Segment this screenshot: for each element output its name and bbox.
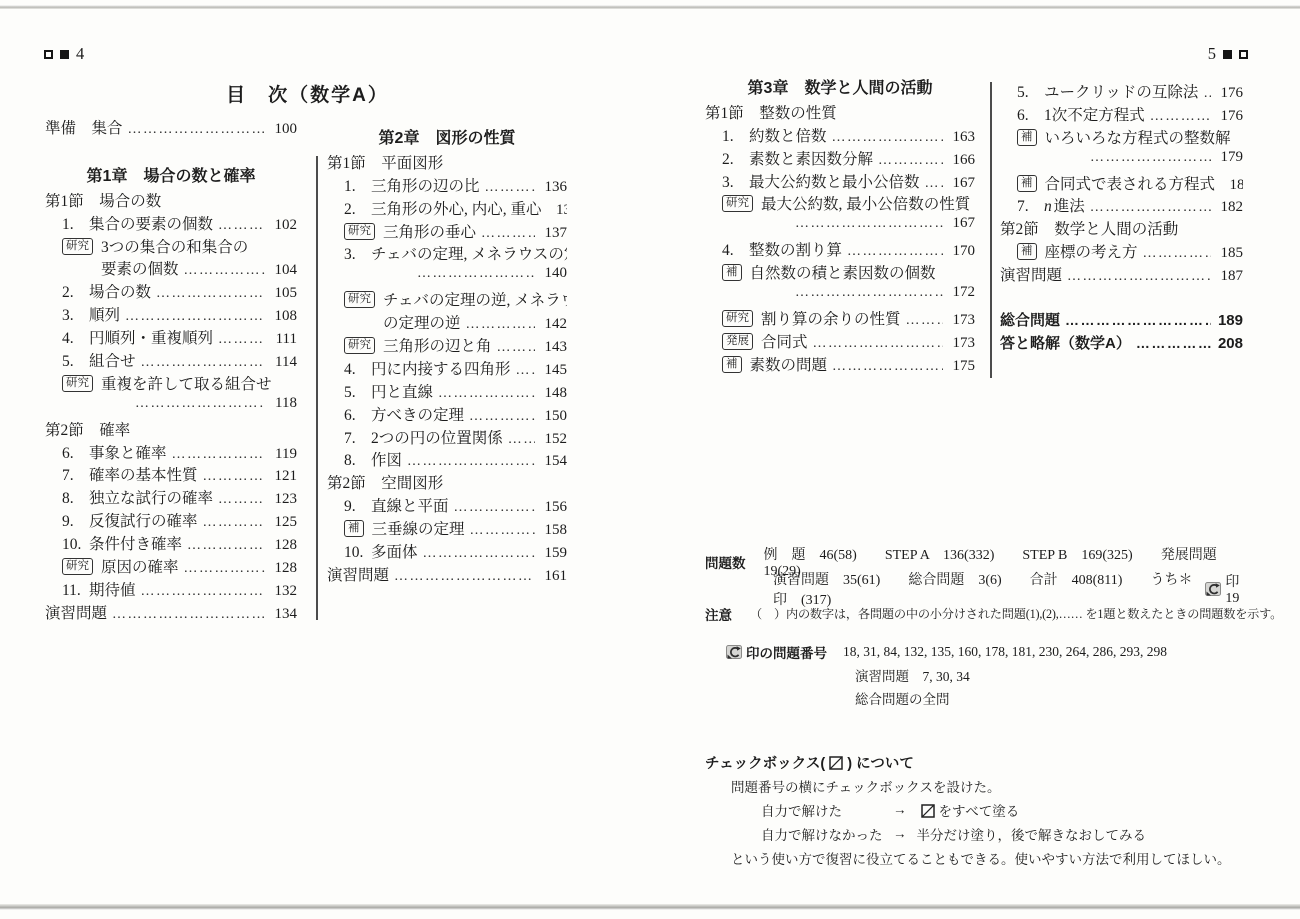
toc-item-badged: 研究重複を許して取る組合せ <box>45 372 297 395</box>
item-number: 6. <box>344 407 371 425</box>
dot-leader: ………………………………………………………………………………………………………… <box>184 263 265 279</box>
filled-square-icon <box>1223 50 1232 59</box>
badge-label: 研究 <box>344 337 375 354</box>
page-number: 158 <box>540 522 567 539</box>
dot-leader: ………………………………………………………………………………………………………… <box>481 226 535 242</box>
page-number: 172 <box>948 284 975 301</box>
toc-column-4: 5.ユークリッドの互除法…………………………………………………………………………… <box>1000 80 1243 355</box>
entry-label: 素数の問題 <box>750 353 828 375</box>
icon-problem-numbers-block: 印の問題番号 18, 31, 84, 132, 135, 160, 178, 1… <box>722 640 1267 709</box>
badge-label: 補 <box>1017 243 1037 260</box>
page-number: 136 <box>540 179 567 196</box>
toc-item: 1.集合の要素の個数………………………………………………………………………………… <box>45 212 297 235</box>
entry-label: 条件付き確率 <box>89 532 182 554</box>
entry-label: 三角形の垂心 <box>383 220 476 242</box>
entry-label: 直線と平面 <box>371 494 449 516</box>
toc-item: 10.条件付き確率…………………………………………………………………………………… <box>45 532 297 555</box>
icon-problems-line2: 演習問題 7, 30, 34 <box>855 665 970 685</box>
toc-entry: 準備 集合……………………………………………………………………………………………… <box>45 116 297 139</box>
toc-item-badged: 研究チェバの定理の逆, メネラウス <box>327 288 567 311</box>
entry-label: 答と略解（数学A） <box>1000 332 1131 353</box>
item-number: 4. <box>344 361 371 379</box>
toc-item: 4.円に内接する四角形……………………………………………………………………………… <box>327 357 567 380</box>
checkbox-title-after: ) について <box>847 752 914 773</box>
entry-label: 約数と倍数 <box>749 124 827 146</box>
entry-label: 多面体 <box>371 540 418 562</box>
item-number: 9. <box>344 498 371 516</box>
entry-label: 割り算の余りの性質 <box>761 307 901 329</box>
toc-item: 8.独立な試行の確率………………………………………………………………………………… <box>45 486 297 509</box>
item-number: 3. <box>62 307 89 325</box>
toc-item: 5.ユークリッドの互除法…………………………………………………………………………… <box>1000 80 1243 103</box>
page-number: 166 <box>948 152 975 169</box>
toc-item-badged: 研究三角形の垂心……………………………………………………………………………………… <box>327 220 567 243</box>
badge-label: 研究 <box>62 558 93 575</box>
toc-item-badged: 研究3つの集合の和集合の <box>45 235 297 258</box>
page-top-edge <box>0 5 1300 9</box>
dot-leader: ………………………………………………………………………………………………………… <box>925 176 943 192</box>
entry-label: 三角形の外心, 内心, 重心 <box>371 197 542 219</box>
toc-item: 7.n進法……………………………………………………………………………………………… <box>1000 194 1243 217</box>
note-text: （ ）内の数字は，各問題の中の小分けされた問題(1),(2),…… を1題と数え… <box>750 605 1282 622</box>
item-number: 10. <box>344 544 371 562</box>
dot-leader: ………………………………………………………………………………………………………… <box>1203 86 1211 102</box>
dot-leader: ………………………………………………………………………………………………………… <box>508 432 535 448</box>
toc-item: 3.順列………………………………………………………………………………………………… <box>45 303 297 326</box>
page-number: 159 <box>540 545 567 562</box>
toc-item: 3.チェバの定理, メネラウスの定理 <box>327 242 567 265</box>
entry-label: チェバの定理の逆, メネラウス <box>383 288 567 310</box>
toc-entry: 演習問題………………………………………………………………………………………………… <box>1000 263 1243 286</box>
toc-item-badged: 研究割り算の余りの性質……………………………………………………………………………… <box>705 307 975 330</box>
section-heading: 第2節 数学と人間の活動 <box>1000 217 1243 240</box>
section-heading: 第2節 確率 <box>45 418 297 441</box>
stats-row-2: 演習問題 35(61) 総合問題 3(6) 合計 408(811) うち＊印 (… <box>705 575 1263 602</box>
page-number: 156 <box>540 499 567 516</box>
toc-entry: 演習問題………………………………………………………………………………………………… <box>327 563 567 586</box>
stats-line2: 演習問題 35(61) 総合問題 3(6) 合計 408(811) うち＊印 (… <box>773 569 1201 609</box>
badge-label: 発展 <box>722 333 753 350</box>
outline-square-icon <box>1239 50 1248 59</box>
stats-note-row: 注意 （ ）内の数字は，各問題の中の小分けされた問題(1),(2),…… を1題… <box>705 602 1263 625</box>
entry-label: 組合せ <box>89 349 136 371</box>
toc-continuation: 要素の個数……………………………………………………………………………………………… <box>45 257 297 280</box>
page-number: 143 <box>540 339 567 356</box>
dot-leader: ………………………………………………………………………………………………………… <box>128 122 265 138</box>
digital-content-icon <box>1205 582 1221 597</box>
dot-leader: ………………………………………………………………………………………………………… <box>407 454 535 470</box>
item-number: 7. <box>1017 198 1044 216</box>
entry-label: 作図 <box>371 448 402 470</box>
entry-label: 進法 <box>1054 194 1085 216</box>
right-page-marker: 5 <box>1208 46 1248 63</box>
icon-problems-row-2: 演習問題 7, 30, 34 <box>722 663 1267 686</box>
column-divider-left-page <box>316 156 318 620</box>
item-number: 3. <box>344 246 371 264</box>
dot-leader: ………………………………………………………………………………………………………… <box>469 409 535 425</box>
entry-label: 演習問題 <box>327 563 389 585</box>
badge-label: 研究 <box>62 375 93 392</box>
item-number: 8. <box>344 452 371 470</box>
checkbox-line1: 問題番号の横にチェックボックスを設けた。 <box>705 774 1270 798</box>
dot-leader: ………………………………………………………………………………………………………… <box>184 561 265 577</box>
icon-problems-row-1: 印の問題番号 18, 31, 84, 132, 135, 160, 178, 1… <box>722 640 1267 663</box>
page-number: 111 <box>270 331 297 348</box>
dot-leader: ………………………………………………………………………………………………………… <box>1067 269 1211 285</box>
entry-label: いろいろな方程式の整数解 <box>1045 126 1231 148</box>
entry-label: 円順列・重複順列 <box>89 326 213 348</box>
entry-label: 自然数の積と素因数の個数 <box>750 261 936 283</box>
toc-title: 目 次（数学A） <box>45 80 570 107</box>
dot-leader: ………………………………………………………………………………………………………… <box>417 266 535 282</box>
dot-leader: ………………………………………………………………………………………………………… <box>832 130 943 146</box>
chapter-heading: 第3章 数学と人間の活動 <box>705 78 975 101</box>
dot-leader: ………………………………………………………………………………………………………… <box>423 546 535 562</box>
entry-label: 方べきの定理 <box>371 403 464 425</box>
dot-leader: ………………………………………………………………………………………………………… <box>156 286 265 302</box>
toc-entry-bold: 総合問題………………………………………………………………………………………………… <box>1000 309 1243 332</box>
dot-leader: ………………………………………………………………………………………………………… <box>466 317 535 333</box>
checkbox-line3-left: 自力で解けなかった <box>761 824 893 844</box>
page-number: 132 <box>270 583 297 600</box>
page-number: 187 <box>1216 268 1243 285</box>
toc-continuation: の定理の逆……………………………………………………………………………………………… <box>327 311 567 334</box>
checkbox-line3-after: 半分だけ塗り，後で解きなおしてみる <box>917 824 1147 844</box>
page-number: 185 <box>1216 245 1243 262</box>
entry-label: チェバの定理, メネラウスの定理 <box>371 242 567 264</box>
entry-label: 2つの円の位置関係 <box>371 426 503 448</box>
page-number: 119 <box>270 446 297 463</box>
entry-label: 要素の個数 <box>101 257 179 279</box>
toc-column-1: 準備 集合……………………………………………………………………………………………… <box>45 116 297 624</box>
page-number: 102 <box>270 217 297 234</box>
icon-problems-numbers: 18, 31, 84, 132, 135, 160, 178, 181, 230… <box>843 644 1167 660</box>
page-number: 167 <box>948 175 975 192</box>
page-number: 182 <box>1216 199 1243 216</box>
toc-item: 9.直線と平面………………………………………………………………………………………… <box>327 494 567 517</box>
page-number: 161 <box>540 568 567 585</box>
page-number: 189 <box>1216 312 1243 329</box>
toc-item: 5.円と直線…………………………………………………………………………………………… <box>327 380 567 403</box>
page-number: 123 <box>270 491 297 508</box>
entry-label: 順列 <box>89 303 120 325</box>
toc-item: 4.整数の割り算……………………………………………………………………………………… <box>705 238 975 261</box>
dot-leader: ………………………………………………………………………………………………………… <box>1143 246 1211 262</box>
section-heading: 第2節 空間図形 <box>327 471 567 494</box>
italic-variable: n <box>1044 198 1052 216</box>
dot-leader: ………………………………………………………………………………………………………… <box>847 244 943 260</box>
dot-leader: ………………………………………………………………………………………………………… <box>470 523 535 539</box>
page-number: 142 <box>540 316 567 333</box>
entry-label: 最大公約数, 最小公倍数の性質 <box>761 192 970 214</box>
toc-item: 5.組合せ……………………………………………………………………………………………… <box>45 349 297 372</box>
toc-item: 8.作図………………………………………………………………………………………………… <box>327 448 567 471</box>
entry-label: 3つの集合の和集合の <box>101 235 248 257</box>
right-page-number: 5 <box>1208 46 1216 63</box>
entry-label: 原因の確率 <box>101 555 179 577</box>
badge-label: 研究 <box>344 223 375 240</box>
dot-leader: ………………………………………………………………………………………………………… <box>135 396 265 412</box>
dot-leader: ………………………………………………………………………………………………………… <box>1150 109 1211 125</box>
page-number: 163 <box>948 129 975 146</box>
toc-item-badged: 研究原因の確率………………………………………………………………………………………… <box>45 555 297 578</box>
checkbox-line2-left: 自力で解けた <box>761 800 893 820</box>
half-check-checkbox-icon <box>921 804 935 818</box>
entry-label: 素数と素因数分解 <box>749 147 873 169</box>
icon-problems-row-3: 総合問題の全問 <box>722 686 1267 709</box>
page-number: 128 <box>270 537 297 554</box>
toc-item: 1.約数と倍数………………………………………………………………………………………… <box>705 124 975 147</box>
toc-item: 6.方べきの定理……………………………………………………………………………………… <box>327 403 567 426</box>
dot-leader: ………………………………………………………………………………………………………… <box>172 447 265 463</box>
checkbox-line4: という使い方で復習に役立てることもできる。使いやすい方法で利用してほしい。 <box>705 846 1270 870</box>
entry-label: 整数の割り算 <box>749 238 842 260</box>
page-bottom-edge <box>0 904 1300 910</box>
entry-label: 準備 集合 <box>45 116 123 138</box>
dot-leader: ………………………………………………………………………………………………………… <box>218 492 265 508</box>
page-number: 125 <box>270 514 297 531</box>
page-number: 173 <box>948 335 975 352</box>
checkbox-line3: 自力で解けなかった → 半分だけ塗り，後で解きなおしてみる <box>705 822 1270 846</box>
dot-leader: ………………………………………………………………………………………………………… <box>438 386 535 402</box>
toc-entry-bold: 答と略解（数学A）…………………………………………………………………………………… <box>1000 332 1243 355</box>
page-number: 176 <box>1216 85 1243 102</box>
toc-item: 2.素数と素因数分解………………………………………………………………………………… <box>705 147 975 170</box>
section-heading: 第1節 整数の性質 <box>705 101 975 124</box>
page-number: 175 <box>948 358 975 375</box>
toc-item: 6.1次不定方程式…………………………………………………………………………………… <box>1000 103 1243 126</box>
dot-leader: ………………………………………………………………………………………………………… <box>878 153 943 169</box>
toc-item: 1.三角形の辺の比…………………………………………………………………………………… <box>327 174 567 197</box>
badge-label: 研究 <box>344 291 375 308</box>
section-heading: 第1節 平面図形 <box>327 151 567 174</box>
dot-leader: ………………………………………………………………………………………………………… <box>141 355 265 371</box>
entry-label: 期待値 <box>89 578 136 600</box>
item-number: 5. <box>344 384 371 402</box>
page-number: 181 <box>1225 177 1243 194</box>
page-number: 105 <box>270 285 297 302</box>
page-number: 145 <box>540 362 567 379</box>
item-number: 4. <box>722 242 749 260</box>
entry-label: 合同式で表される方程式 <box>1045 172 1216 194</box>
toc-item-badged: 補自然数の積と素因数の個数 <box>705 261 975 284</box>
page-number: 140 <box>540 265 567 282</box>
icon-problems-line3: 総合問題の全問 <box>855 688 950 708</box>
stats-label: 問題数 <box>705 552 746 572</box>
item-number: 2. <box>62 284 89 302</box>
item-number: 11. <box>62 582 89 600</box>
dot-leader: ………………………………………………………………………………………………………… <box>218 218 265 234</box>
dot-leader: ………………………………………………………………………………………………………… <box>1065 312 1211 328</box>
page-number: 176 <box>1216 108 1243 125</box>
page-number: 137 <box>552 202 567 219</box>
chapter-heading: 第1章 場合の数と確率 <box>45 166 297 189</box>
outline-square-icon <box>44 50 53 59</box>
item-number: 3. <box>722 174 749 192</box>
toc-item-badged: 研究最大公約数, 最小公倍数の性質 <box>705 192 975 215</box>
item-number: 1. <box>722 128 749 146</box>
item-number: 4. <box>62 330 89 348</box>
entry-label: 独立な試行の確率 <box>89 486 213 508</box>
item-number: 10. <box>62 536 89 554</box>
page-number: 104 <box>270 262 297 279</box>
entry-label: 合同式 <box>761 330 808 352</box>
dot-leader: ………………………………………………………………………………………………………… <box>485 180 535 196</box>
toc-item-badged: 研究三角形の辺と角…………………………………………………………………………………… <box>327 334 567 357</box>
dot-leader: ………………………………………………………………………………………………………… <box>906 313 943 329</box>
dot-leader: ………………………………………………………………………………………………………… <box>795 285 943 301</box>
item-number: 2. <box>344 201 371 219</box>
page-number: 170 <box>948 243 975 260</box>
entry-label: 円と直線 <box>371 380 433 402</box>
arrow-right: → <box>893 826 907 842</box>
dot-leader: ………………………………………………………………………………………………………… <box>454 500 535 516</box>
page-number: 150 <box>540 408 567 425</box>
item-number: 7. <box>344 430 371 448</box>
entry-label: 確率の基本性質 <box>89 463 198 485</box>
toc-item: 6.事象と確率………………………………………………………………………………………… <box>45 441 297 464</box>
entry-label: 1次不定方程式 <box>1044 103 1145 125</box>
checkbox-note-block: チェックボックス( ) について 問題番号の横にチェックボックスを設けた。 自力… <box>705 750 1270 870</box>
toc-column-3: 第3章 数学と人間の活動第1節 整数の性質1.約数と倍数………………………………… <box>705 78 975 376</box>
item-number: 1. <box>62 216 89 234</box>
toc-item-badged: 補素数の問題…………………………………………………………………………………………… <box>705 353 975 376</box>
badge-label: 研究 <box>722 310 753 327</box>
page-number: 152 <box>540 431 567 448</box>
toc-item-badged: 発展合同式……………………………………………………………………………………………… <box>705 330 975 353</box>
note-label: 注意 <box>705 604 732 624</box>
entry-label: 重複を許して取る組合せ <box>101 372 272 394</box>
toc-item: 9.反復試行の確率…………………………………………………………………………………… <box>45 509 297 532</box>
dot-leader: ………………………………………………………………………………………………………… <box>203 515 265 531</box>
checkbox-line2: 自力で解けた → をすべて塗る <box>705 798 1270 822</box>
arrow-right: → <box>893 802 907 818</box>
page-number: 154 <box>540 453 567 470</box>
page-number: 134 <box>270 606 297 623</box>
entry-label: 三角形の辺の比 <box>371 174 480 196</box>
toc-continuation: …………………………………………………………………………………………………………… <box>45 395 297 418</box>
column-divider-right-page <box>990 82 992 378</box>
filled-square-icon <box>60 50 69 59</box>
stats-line2-after: 印 19 <box>1225 571 1263 607</box>
page-number: 148 <box>540 385 567 402</box>
dot-leader: ………………………………………………………………………………………………………… <box>832 359 943 375</box>
page-number: 208 <box>1216 335 1243 352</box>
dot-leader: ………………………………………………………………………………………………………… <box>141 584 265 600</box>
checkbox-title-before: チェックボックス( <box>705 752 825 773</box>
toc-continuation: …………………………………………………………………………………………………………… <box>705 215 975 238</box>
entry-label: 円に内接する四角形 <box>371 357 511 379</box>
dot-leader: ………………………………………………………………………………………………………… <box>1090 150 1211 166</box>
page-number: 108 <box>270 308 297 325</box>
toc-entry: 演習問題………………………………………………………………………………………………… <box>45 601 297 624</box>
item-number: 7. <box>62 467 89 485</box>
problem-count-block: 問題数 例 題 46(58) STEP A 136(332) STEP B 16… <box>705 548 1263 625</box>
toc-item: 11.期待値…………………………………………………………………………………………… <box>45 578 297 601</box>
dot-leader: ………………………………………………………………………………………………………… <box>813 336 943 352</box>
badge-label: 補 <box>344 520 364 537</box>
dot-leader: ………………………………………………………………………………………………………… <box>394 569 535 585</box>
toc-item-badged: 補三垂線の定理………………………………………………………………………………………… <box>327 517 567 540</box>
page-number: 118 <box>270 395 297 412</box>
page-number: 173 <box>948 312 975 329</box>
toc-item: 7.2つの円の位置関係……………………………………………………………………………… <box>327 426 567 449</box>
dot-leader: ………………………………………………………………………………………………………… <box>1090 200 1211 216</box>
icon-problems-label: 印の問題番号 <box>746 642 827 662</box>
toc-continuation: …………………………………………………………………………………………………………… <box>327 265 567 288</box>
spacer <box>45 139 297 166</box>
toc-item-badged: 補いろいろな方程式の整数解 <box>1000 126 1243 149</box>
entry-label: 事象と確率 <box>89 441 167 463</box>
toc-item: 2.三角形の外心, 内心, 重心………………………………………………………………… <box>327 197 567 220</box>
entry-label: の定理の逆 <box>383 311 461 333</box>
toc-item-badged: 補座標の考え方………………………………………………………………………………………… <box>1000 240 1243 263</box>
left-page-marker: 4 <box>44 46 84 63</box>
half-check-checkbox-icon <box>829 756 843 770</box>
item-number: 9. <box>62 513 89 531</box>
book-spread: 4 5 目 次（数学A） 準備 集合…………………………………………………………… <box>0 0 1300 919</box>
dot-leader: ………………………………………………………………………………………………………… <box>218 332 265 348</box>
entry-label: 集合の要素の個数 <box>89 212 213 234</box>
page-number: 179 <box>1216 149 1243 166</box>
toc-item-badged: 補合同式で表される方程式…………………………………………………………………………… <box>1000 172 1243 195</box>
toc-column-2: 第2章 図形の性質第1節 平面図形1.三角形の辺の比……………………………………… <box>327 128 567 586</box>
item-number: 6. <box>1017 107 1044 125</box>
item-number: 6. <box>62 445 89 463</box>
item-number: 5. <box>1017 84 1044 102</box>
left-page-number: 4 <box>76 46 84 63</box>
entry-label: 総合問題 <box>1000 309 1060 330</box>
dot-leader: ………………………………………………………………………………………………………… <box>125 309 265 325</box>
dot-leader: ………………………………………………………………………………………………………… <box>795 216 943 232</box>
entry-label: 演習問題 <box>45 601 107 623</box>
entry-label: 場合の数 <box>89 280 151 302</box>
page-number: 137 <box>540 225 567 242</box>
toc-continuation: …………………………………………………………………………………………………………… <box>1000 149 1243 172</box>
badge-label: 研究 <box>722 195 753 212</box>
checkbox-line2-after: をすべて塗る <box>939 800 1020 820</box>
entry-label: 座標の考え方 <box>1045 240 1138 262</box>
chapter-heading: 第2章 図形の性質 <box>327 128 567 151</box>
toc-item: 2.場合の数…………………………………………………………………………………………… <box>45 280 297 303</box>
badge-label: 研究 <box>62 238 93 255</box>
page-number: 121 <box>270 468 297 485</box>
entry-label: 演習問題 <box>1000 263 1062 285</box>
badge-label: 補 <box>722 264 742 281</box>
entry-label: 三垂線の定理 <box>372 517 465 539</box>
digital-content-icon <box>726 645 742 660</box>
page-number: 114 <box>270 354 297 371</box>
item-number: 2. <box>722 151 749 169</box>
dot-leader: ………………………………………………………………………………………………………… <box>187 538 265 554</box>
entry-label: 反復試行の確率 <box>89 509 198 531</box>
toc-item: 7.確率の基本性質…………………………………………………………………………………… <box>45 463 297 486</box>
dot-leader: ………………………………………………………………………………………………………… <box>1136 335 1211 351</box>
page-number: 100 <box>270 121 297 138</box>
spacer <box>1000 286 1243 309</box>
item-number: 5. <box>62 353 89 371</box>
entry-label: 三角形の辺と角 <box>383 334 492 356</box>
item-number: 8. <box>62 490 89 508</box>
checkbox-note-title: チェックボックス( ) について <box>705 750 1270 774</box>
dot-leader: ………………………………………………………………………………………………………… <box>112 607 265 623</box>
section-heading: 第1節 場合の数 <box>45 189 297 212</box>
page-number: 128 <box>270 560 297 577</box>
toc-continuation: …………………………………………………………………………………………………………… <box>705 284 975 307</box>
item-number: 1. <box>344 178 371 196</box>
dot-leader: ………………………………………………………………………………………………………… <box>497 340 535 356</box>
entry-label: ユークリッドの互除法 <box>1044 80 1198 102</box>
